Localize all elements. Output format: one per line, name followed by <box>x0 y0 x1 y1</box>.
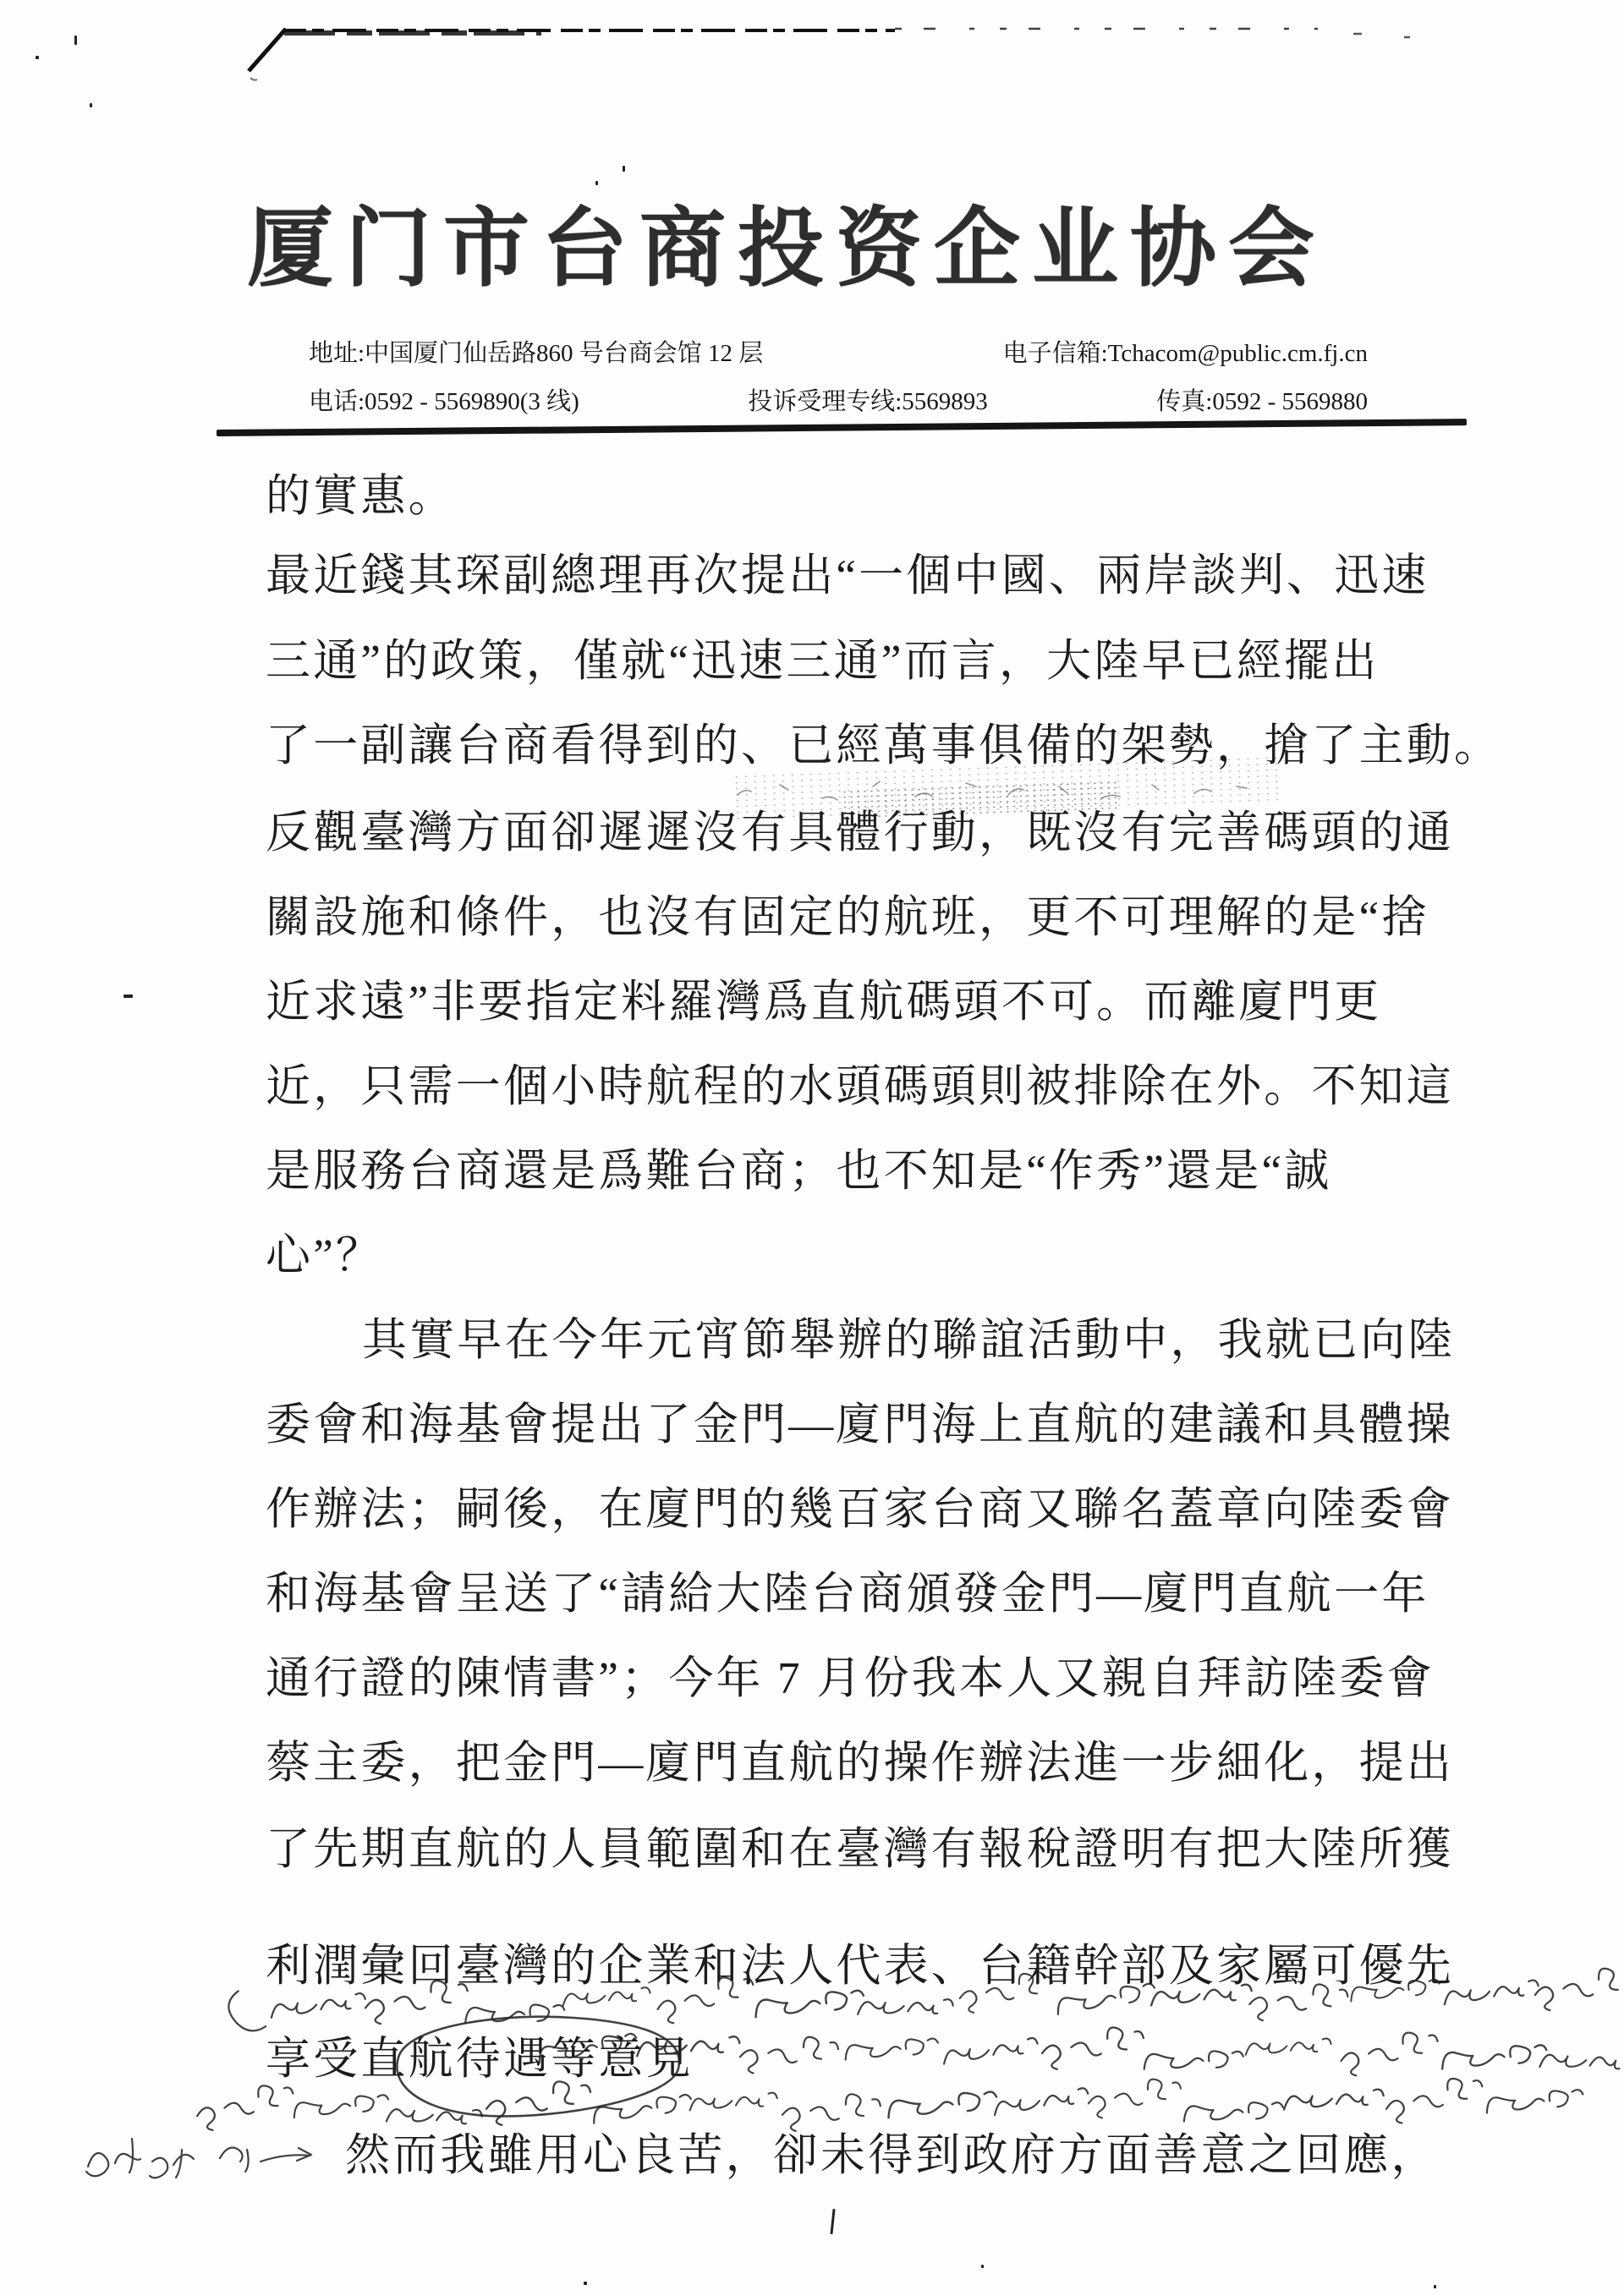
phone-text: 电话:0592 - 5569890(3 线) <box>309 385 579 419</box>
header-rule <box>217 419 1467 436</box>
scan-speck <box>981 2265 984 2268</box>
body-line: 其實早在今年元宵節舉辦的聯誼活動中，我就已向陸 <box>362 1316 1456 1365</box>
scan-speck <box>36 56 39 59</box>
body-line: 委會和海基會提出了金門—廈門海上直航的建議和具體操 <box>266 1400 1454 1449</box>
smudge-strokes <box>729 761 1287 820</box>
contact-phone-row: 电话:0592 - 5569890(3 线) 投诉受理专线:5569893 传真… <box>309 385 1368 419</box>
circle-annotation <box>379 2006 709 2129</box>
scan-speck <box>90 103 92 107</box>
margin-note-annotation <box>78 2114 357 2199</box>
body-line: 最近錢其琛副總理再次提出“一個中國、兩岸談判、迅速 <box>266 551 1429 600</box>
scan-speck <box>1434 2285 1436 2288</box>
contact-address-row: 地址:中国厦门仙岳路860 号台商会馆 12 层 电子信箱:Tchacom@pu… <box>309 337 1368 370</box>
body-line: 的實惠。 <box>266 472 456 521</box>
body-line: 通行證的陳情書”；今年 7 月份我本人又親自拜訪陸委會 <box>266 1654 1435 1703</box>
body-line: 和海基會呈送了“請給大陸台商頒發金門—廈門直航一年 <box>266 1570 1429 1619</box>
scan-speck <box>595 181 598 185</box>
body-line: 近，只需一個小時航程的水頭碼頭則被排除在外。不知這 <box>266 1062 1454 1111</box>
body-line: 心”？ <box>266 1231 383 1280</box>
address-text: 地址:中国厦门仙岳路860 号台商会馆 12 层 <box>309 337 763 370</box>
hotline-text: 投诉受理专线:5569893 <box>748 385 988 419</box>
email-text: 电子信箱:Tchacom@public.cm.fj.cn <box>1003 337 1368 370</box>
fax-text: 传真:0592 - 5569880 <box>1156 385 1368 419</box>
scan-speck <box>123 995 133 998</box>
org-title: 厦门市台商投资企业协会 <box>247 200 1326 301</box>
scanned-letter-page: 厦门市台商投资企业协会 地址:中国厦门仙岳路860 号台商会馆 12 层 电子信… <box>0 0 1624 2296</box>
body-line: 了先期直航的人員範圍和在臺灣有報稅證明有把大陸所獲 <box>266 1825 1454 1874</box>
body-line: 近求遠”非要指定料羅灣爲直航碼頭不可。而離廈門更 <box>266 978 1381 1027</box>
body-line: 作辦法；嗣後，在廈門的幾百家台商又聯名蓋章向陸委會 <box>266 1485 1454 1534</box>
scan-speck <box>74 36 77 45</box>
top-edge-scratch-mark <box>0 0 1624 110</box>
body-line: 關設施和條件，也沒有固定的航班，更不可理解的是“捨 <box>266 893 1429 942</box>
body-line: 是服務台商還是爲難台商；也不知是“作秀”還是“誠 <box>266 1147 1331 1196</box>
arrow-icon <box>261 2148 311 2162</box>
scan-speck <box>623 166 625 172</box>
scan-speck <box>584 2282 587 2285</box>
scan-speck <box>830 2209 835 2234</box>
body-line: 蔡主委，把金門—廈門直航的操作辦法進一步細化，提出 <box>266 1739 1454 1788</box>
body-line: 三通”的政策，僅就“迅速三通”而言，大陸早已經擺出 <box>266 637 1380 686</box>
